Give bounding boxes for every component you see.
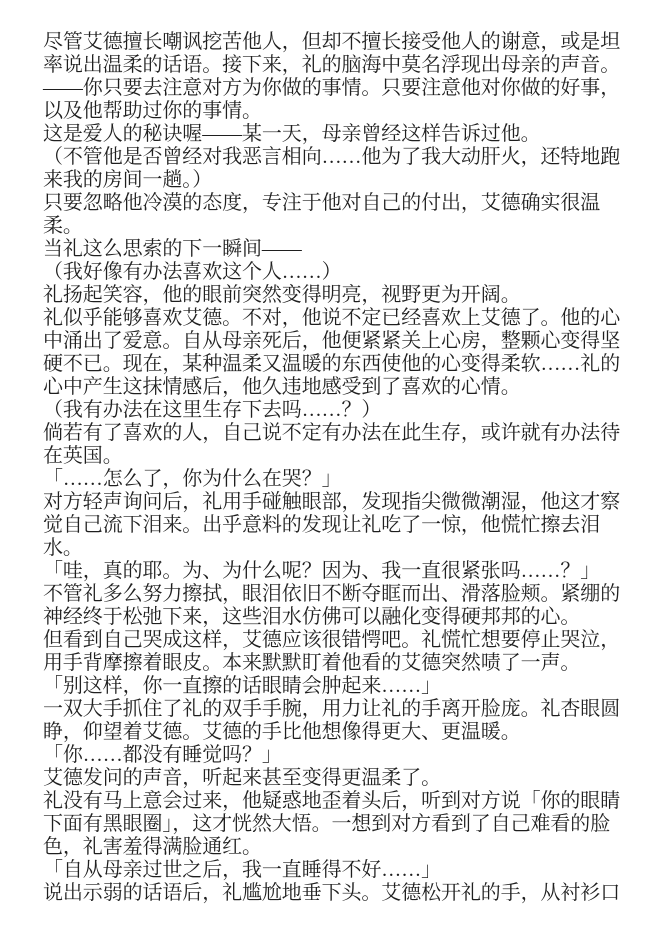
text-line: 只要忽略他冷漠的态度，专注于他对自己的付出，艾德确实很温 [43, 192, 623, 215]
text-line: 倘若有了喜欢的人，自己说不定有办法在此生存，或许就有办法待 [43, 422, 623, 445]
text-line: 礼似乎能够喜欢艾德。不对，他说不定已经喜欢上艾德了。他的心 [43, 307, 623, 330]
text-line: 礼没有马上意会过来，他疑惑地歪着头后，听到对方说「你的眼睛 [43, 790, 623, 813]
text-line: 柔。 [43, 215, 623, 238]
text-line: 但看到自己哭成这样，艾德应该很错愕吧。礼慌忙想要停止哭泣， [43, 629, 623, 652]
text-line: 睁，仰望着艾德。艾德的手比他想像得更大、更温暖。 [43, 721, 623, 744]
text-line: 下面有黑眼圈」，这才恍然大悟。一想到对方看到了自己难看的脸 [43, 813, 623, 836]
text-line: 在英国。 [43, 445, 623, 468]
text-line: 来我的房间一趟。） [43, 169, 623, 192]
text-line: ——你只要去注意对方为你做的事情。只要注意他对你做的好事， [43, 77, 623, 100]
text-line: 「别这样，你一直擦的话眼睛会肿起来……」 [43, 675, 623, 698]
text-line: 色，礼害羞得满脸通红。 [43, 836, 623, 859]
text-line: （我有办法在这里生存下去吗……？） [43, 399, 623, 422]
text-line: 以及他帮助过你的事情。 [43, 100, 623, 123]
text-line: （不管他是否曾经对我恶言相向……他为了我大动肝火，还特地跑 [43, 146, 623, 169]
text-line: 「……怎么了，你为什么在哭？」 [43, 468, 623, 491]
text-line: 礼扬起笑容，他的眼前突然变得明亮，视野更为开阔。 [43, 284, 623, 307]
text-line: 中涌出了爱意。自从母亲死后，他便紧紧关上心房，整颗心变得坚 [43, 330, 623, 353]
text-line: 一双大手抓住了礼的双手手腕，用力让礼的手离开脸庞。礼杏眼圆 [43, 698, 623, 721]
text-line: 硬不已。现在，某种温柔又温暖的东西使他的心变得柔软……礼的 [43, 353, 623, 376]
text-line: 说出示弱的话语后，礼尴尬地垂下头。艾德松开礼的手，从衬衫口 [43, 882, 623, 905]
text-line: 「自从母亲过世之后，我一直睡得不好……」 [43, 859, 623, 882]
text-line: 率说出温柔的话语。接下来，礼的脑海中莫名浮现出母亲的声音。 [43, 54, 623, 77]
text-line: 水。 [43, 537, 623, 560]
text-line: 尽管艾德擅长嘲讽挖苦他人，但却不擅长接受他人的谢意，或是坦 [43, 31, 623, 54]
text-line: 神经终于松弛下来，这些泪水仿佛可以融化变得硬邦邦的心。 [43, 606, 623, 629]
text-line: 心中产生这抹情感后，他久违地感受到了喜欢的心情。 [43, 376, 623, 399]
text-line: （我好像有办法喜欢这个人……） [43, 261, 623, 284]
body-text: 尽管艾德擅长嘲讽挖苦他人，但却不擅长接受他人的谢意，或是坦 率说出温柔的话语。接… [43, 31, 623, 905]
text-line: 艾德发问的声音，听起来甚至变得更温柔了。 [43, 767, 623, 790]
text-line: 对方轻声询问后，礼用手碰触眼部，发现指尖微微潮湿，他这才察 [43, 491, 623, 514]
text-line: 「哇，真的耶。为、为什么呢？因为、我一直很紧张吗……？」 [43, 560, 623, 583]
text-line: 「你……都没有睡觉吗？」 [43, 744, 623, 767]
text-line: 用手背摩擦着眼皮。本来默默盯着他看的艾德突然啧了一声。 [43, 652, 623, 675]
novel-page: 尽管艾德擅长嘲讽挖苦他人，但却不擅长接受他人的谢意，或是坦 率说出温柔的话语。接… [0, 0, 662, 935]
text-line: 当礼这么思索的下一瞬间—— [43, 238, 623, 261]
text-line: 觉自己流下泪来。出乎意料的发现让礼吃了一惊，他慌忙擦去泪 [43, 514, 623, 537]
text-line: 不管礼多么努力擦拭，眼泪依旧不断夺眶而出、滑落脸颊。紧绷的 [43, 583, 623, 606]
text-line: 这是爱人的秘诀喔——某一天，母亲曾经这样告诉过他。 [43, 123, 623, 146]
